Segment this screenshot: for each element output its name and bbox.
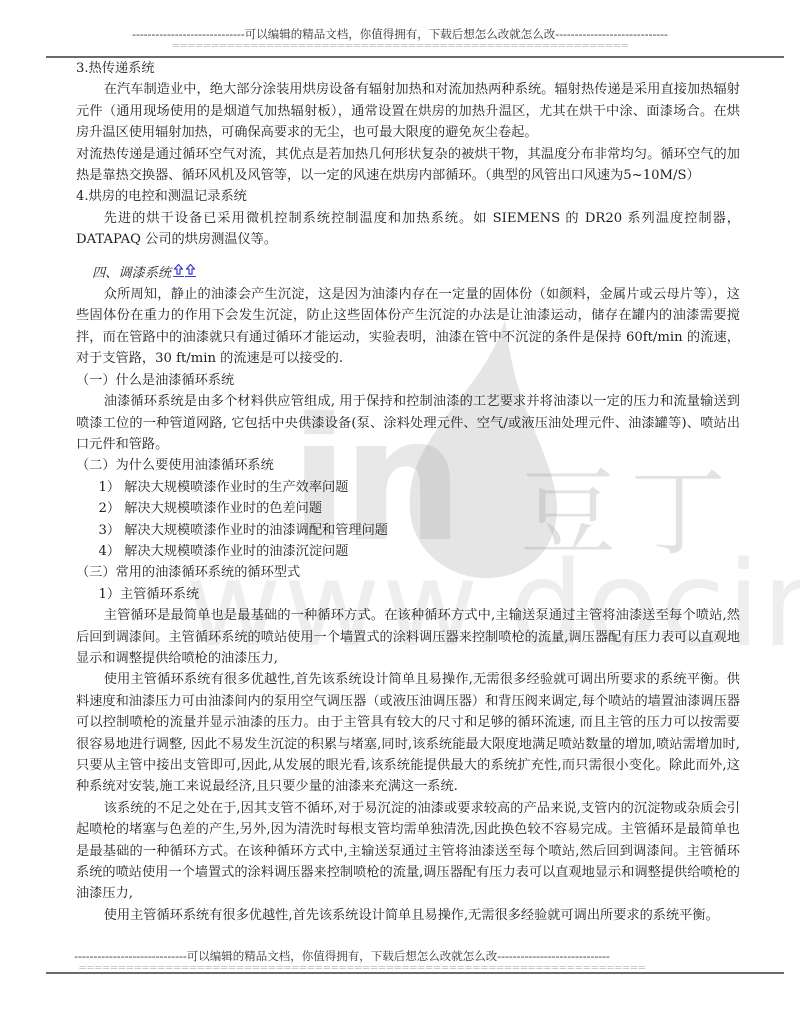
footer-rule bbox=[46, 972, 784, 974]
arrow-up-icon[interactable] bbox=[173, 264, 184, 277]
section-3-paragraph-1: 在汽车制造业中，绝大部分涂装用烘房设备有辐射加热和对流加热两种系统。辐射热传递是… bbox=[76, 79, 740, 143]
section-3-title: 3.热传递系统 bbox=[76, 58, 740, 79]
header-banner: -----------------------------可以编辑的精品文档，你… bbox=[0, 26, 800, 52]
question-1-title: （一）什么是油漆循环系统 bbox=[76, 370, 740, 391]
question-3-paragraph-1: 主管循环是最简单也是最基础的一种循环方式。在该种循环方式中,主输送泵通过主管将油… bbox=[76, 605, 740, 669]
arrow-up-icon[interactable] bbox=[185, 264, 196, 277]
section-3-paragraph-2: 对流热传递是通过循环空气对流，其优点是若加热几何形状复杂的被烘干物，其温度分布非… bbox=[76, 144, 740, 187]
document-body: 3.热传递系统 在汽车制造业中，绝大部分涂装用烘房设备有辐射加热和对流加热两种系… bbox=[76, 58, 740, 926]
banner-text: 可以编辑的精品文档，你值得拥有，下载后想怎么改就怎么改 bbox=[187, 949, 498, 963]
question-1-paragraph: 油漆循环系统是由多个材料供应管组成, 用于保持和控制油漆的工艺要求并将油漆以一定… bbox=[76, 391, 740, 455]
banner-dashes-left: ----------------------------- bbox=[74, 949, 187, 963]
question-2-title: （二）为什么要使用油漆循环系统 bbox=[76, 455, 740, 476]
question-3-paragraph-2: 使用主管循环系统有很多优越性,首先该系统设计简单且易操作,无需很多经验就可调出所… bbox=[76, 669, 740, 797]
header-banner-line: -----------------------------可以编辑的精品文档，你… bbox=[0, 26, 800, 42]
question-3-subtitle-1: 1）主管循环系统 bbox=[76, 584, 740, 605]
question-2-item-4: 4） 解决大规模喷漆作业时的油漆沉淀问题 bbox=[76, 541, 740, 562]
question-2-item-3: 3） 解决大规模喷漆作业时的油漆调配和管理问题 bbox=[76, 520, 740, 541]
footer-banner: -----------------------------可以编辑的精品文档，你… bbox=[0, 948, 742, 974]
section-4-paragraph-1: 先进的烘干设备已采用微机控制系统控制温度和加热系统。如 SIEMENS 的 DR… bbox=[76, 208, 740, 251]
section-4-title: 4.烘房的电控和测温记录系统 bbox=[76, 186, 740, 207]
banner-dashes-left: ----------------------------- bbox=[132, 27, 245, 41]
question-2-item-2: 2） 解决大规模喷漆作业时的色差问题 bbox=[76, 498, 740, 519]
question-3-paragraph-3: 该系统的不足之处在于,因其支管不循环,对于易沉淀的油漆或要求较高的产品来说,支管… bbox=[76, 798, 740, 905]
banner-text: 可以编辑的精品文档，你值得拥有，下载后想怎么改就怎么改 bbox=[245, 27, 556, 41]
banner-dashes-right: ----------------------------- bbox=[497, 949, 610, 963]
part-4-heading: 四、调漆系统 bbox=[92, 263, 740, 284]
footer-banner-line: -----------------------------可以编辑的精品文档，你… bbox=[0, 948, 742, 964]
question-3-title: （三）常用的油漆循环系统的循环型式 bbox=[76, 562, 740, 583]
question-3-paragraph-4: 使用主管循环系统有很多优越性,首先该系统设计简单且易操作,无需很多经验就可调出所… bbox=[76, 905, 740, 926]
part-4-title: 四、调漆系统 bbox=[92, 266, 171, 281]
header-banner-equals: ========================================… bbox=[0, 42, 800, 52]
up-links bbox=[173, 263, 197, 284]
part-4-paragraph-1: 众所周知，静止的油漆会产生沉淀，这是因为油漆内存在一定量的固体份（如颜料，金属片… bbox=[76, 284, 740, 370]
question-2-item-1: 1） 解决大规模喷漆作业时的生产效率问题 bbox=[76, 477, 740, 498]
banner-dashes-right: ----------------------------- bbox=[555, 27, 668, 41]
